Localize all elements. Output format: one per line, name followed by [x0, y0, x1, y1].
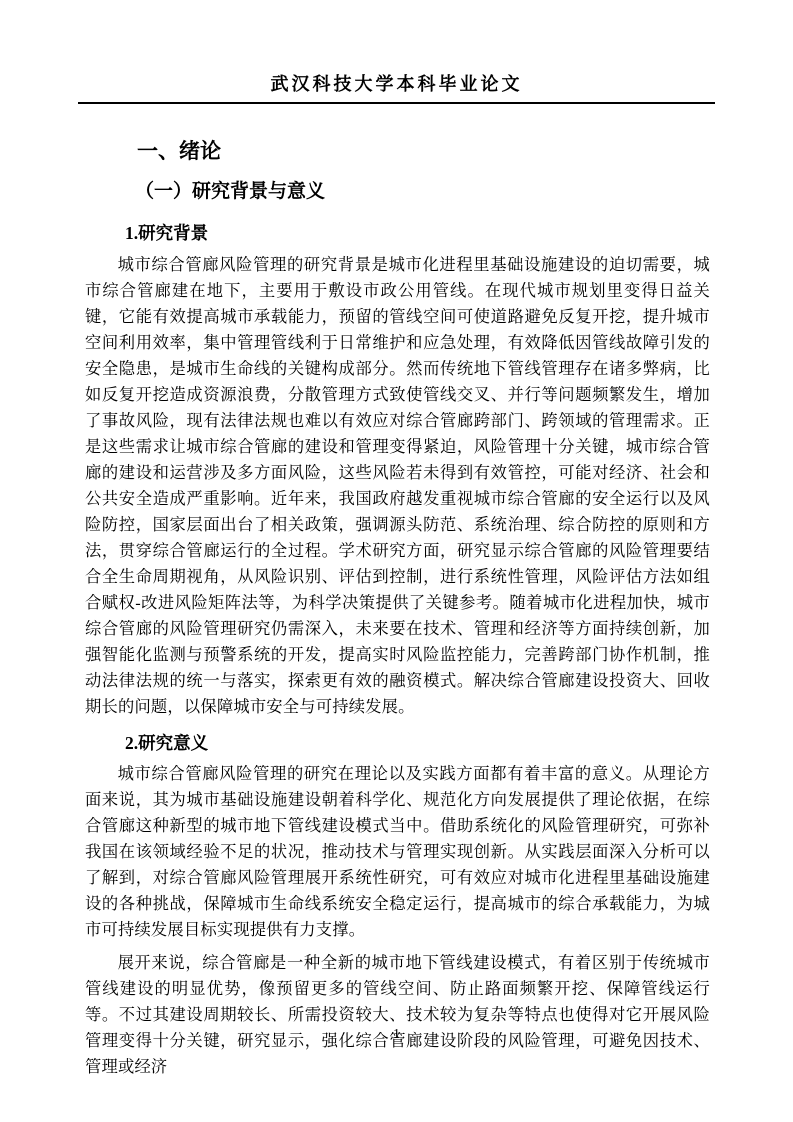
paragraph-research-significance-1: 城市综合管廊风险管理的研究在理论以及实践方面都有着丰富的意义。从理论方面来说，其… [85, 761, 710, 943]
page-content: 一、绪论 （一）研究背景与意义 1.研究背景 城市综合管廊风险管理的研究背景是城… [85, 130, 710, 1080]
thesis-page: 武汉科技大学本科毕业论文 一、绪论 （一）研究背景与意义 1.研究背景 城市综合… [0, 0, 793, 1122]
paragraph-research-significance-2: 展开来说，综合管廊是一种全新的城市地下管线建设模式，有着区别于传统城市管线建设的… [85, 950, 710, 1080]
chapter-heading-introduction: 一、绪论 [137, 138, 710, 164]
header-rule [78, 102, 715, 104]
page-number: 1 [0, 1028, 793, 1042]
page-header: 武汉科技大学本科毕业论文 [78, 74, 715, 104]
paragraph-research-background: 城市综合管廊风险管理的研究背景是城市化进程里基础设施建设的迫切需要，城市综合管廊… [85, 252, 710, 720]
subsection-heading-research-background: 1.研究背景 [125, 222, 710, 245]
subsection-heading-research-significance: 2.研究意义 [125, 732, 710, 755]
section-heading-background-significance: （一）研究背景与意义 [135, 180, 710, 205]
thesis-header-title: 武汉科技大学本科毕业论文 [271, 74, 523, 96]
